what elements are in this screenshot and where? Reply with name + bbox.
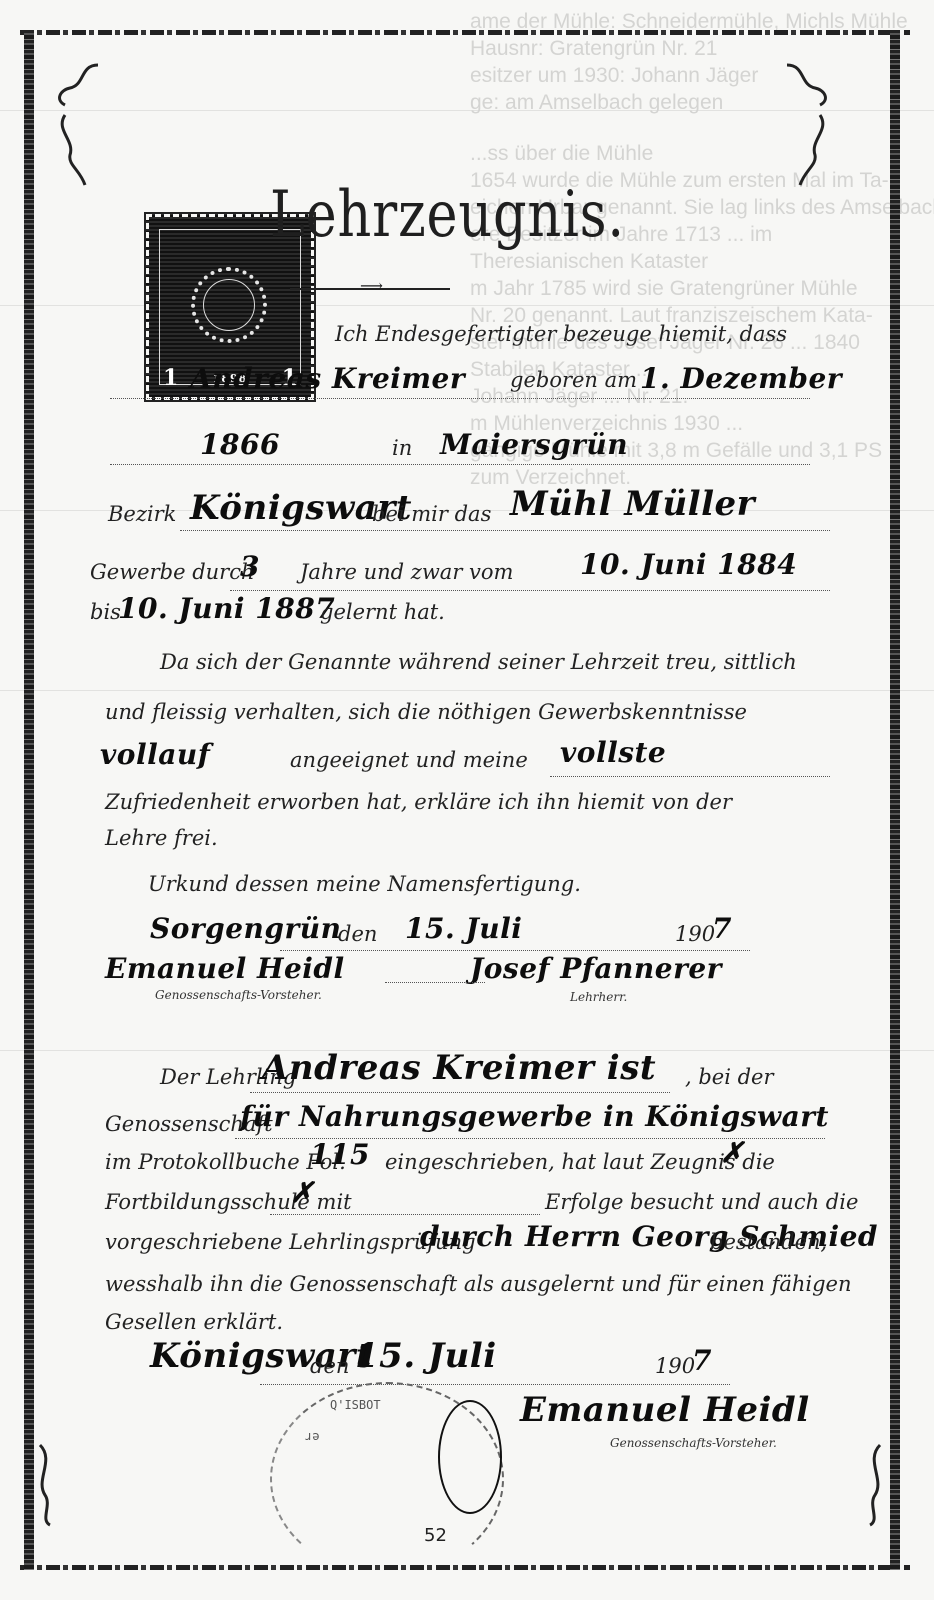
signature-clause: Urkund dessen meine Namensfertigung. xyxy=(148,872,581,896)
cross-mark-1: ✗ xyxy=(720,1136,744,1169)
in-label: in xyxy=(392,436,412,460)
guild-name: für Nahrungsgewerbe in Königswart xyxy=(240,1100,829,1133)
para2-line5: Lehre frei. xyxy=(105,826,218,850)
page-number: 52 xyxy=(424,1525,447,1546)
corner-flourish-icon xyxy=(840,1440,890,1530)
acquired-label: angeeignet und meine xyxy=(290,748,528,772)
knowledge-level: vollauf xyxy=(100,738,210,771)
fill-line xyxy=(180,530,830,531)
apprentice-name-2: Andreas Kreimer ist xyxy=(262,1048,656,1088)
bleed-line: m Jahr 1785 wird sie Gratengrüner Mühle xyxy=(470,275,858,302)
end-date: 10. Juni 1887 xyxy=(118,592,335,625)
bleed-line: ge: am Amselbach gelegen xyxy=(470,89,723,116)
year-prefix-2: 190 xyxy=(655,1354,695,1378)
para2-line1: Da sich der Genannte während seiner Lehr… xyxy=(160,650,797,674)
frame-left xyxy=(24,30,34,1570)
intro-text: Ich Endesgefertigter bezeuge hiemit, das… xyxy=(335,322,787,346)
fill-line xyxy=(260,1384,730,1385)
folio-number: 115 xyxy=(310,1138,370,1171)
years-label: Jahre und zwar vom xyxy=(300,560,513,584)
birth-year: 1866 xyxy=(200,428,280,461)
with-me-label: bei mir das xyxy=(372,502,491,526)
page-title: Lehrzeugnis. xyxy=(270,178,625,252)
birthplace: Maiersgrün xyxy=(440,428,628,461)
fill-line xyxy=(110,398,810,399)
fill-line xyxy=(250,1092,670,1093)
bleed-line: esitzer um 1930: Johann Jäger xyxy=(470,62,758,89)
cross-mark-2: ✗ xyxy=(290,1176,314,1209)
seal-text-fragment: Q'ISBOT xyxy=(330,1398,381,1412)
seal-text-fragment: er xyxy=(305,1430,319,1444)
fill-line xyxy=(230,590,830,591)
trade: Mühl Müller xyxy=(510,484,755,524)
year-suffix-1: 7 xyxy=(712,912,732,945)
date-1: 15. Juli xyxy=(405,912,522,945)
declared-line: Gesellen erklärt. xyxy=(105,1310,283,1334)
therefore-line: wesshalb ihn die Genossenschaft als ausg… xyxy=(105,1272,852,1296)
birth-date: 1. Dezember xyxy=(640,362,842,395)
corner-flourish-icon xyxy=(50,60,110,190)
corner-flourish-icon xyxy=(775,60,835,190)
born-label: geboren am xyxy=(510,368,637,392)
signature-2: Josef Pfannerer xyxy=(470,952,722,985)
stamp-seal-icon xyxy=(191,267,267,343)
signature-2-role: Lehrherr. xyxy=(570,990,627,1004)
signature-1-role: Genossenschafts-Vorsteher. xyxy=(155,988,322,1002)
date-2: 15. Juli xyxy=(355,1336,497,1376)
year-prefix-1: 190 xyxy=(675,922,715,946)
years-count: 3 xyxy=(240,550,260,583)
learned-label: gelernt hat. xyxy=(320,600,445,624)
bleed-line: Theresianischen Kataster xyxy=(470,248,708,275)
apprentice-name: Andreas Kreimer xyxy=(190,362,465,395)
signature-3-role: Genossenschafts-Vorsteher. xyxy=(610,1436,777,1450)
bleed-line: ...ss über die Mühle xyxy=(470,140,653,167)
fill-line xyxy=(280,950,750,951)
at-label: , bei der xyxy=(685,1065,774,1089)
success-label: Erfolge besucht und auch die xyxy=(545,1190,858,1214)
frame-top xyxy=(20,30,910,35)
satisfaction-level: vollste xyxy=(560,736,666,769)
stamp-value-left: 1 xyxy=(163,365,178,391)
registered-label: eingeschrieben, hat laut Zeugnis die xyxy=(385,1150,775,1174)
bleed-line: Hausnr: Gratengrün Nr. 21 xyxy=(470,35,717,62)
den-label-1: den xyxy=(338,922,377,946)
faint-rule xyxy=(0,690,934,691)
fill-line xyxy=(550,776,830,777)
fill-line xyxy=(110,464,810,465)
until-label: bis xyxy=(90,600,121,624)
trade-label: Gewerbe durch xyxy=(90,560,254,584)
fill-line xyxy=(270,1214,540,1215)
school-label: Fortbildungsschule mit xyxy=(105,1190,352,1214)
signature-flourish xyxy=(438,1400,502,1514)
para2-line4: Zufriedenheit erworben hat, erkläre ich … xyxy=(105,790,732,814)
para2-line2: und fleissig verhalten, sich die nöthige… xyxy=(105,700,747,724)
frame-bottom xyxy=(20,1565,910,1570)
den-label-2: den xyxy=(310,1354,349,1378)
signature-1: Emanuel Heidl xyxy=(105,952,345,985)
frame-right xyxy=(890,30,900,1570)
start-date: 10. Juni 1884 xyxy=(580,548,797,581)
signature-3: Emanuel Heidl xyxy=(520,1390,810,1430)
title-divider xyxy=(290,288,450,290)
place-1: Sorgengrün xyxy=(150,912,341,945)
fill-line xyxy=(385,982,485,983)
passed-label: bestanden, xyxy=(710,1230,827,1254)
year-suffix-2: 7 xyxy=(692,1344,712,1377)
district-label: Bezirk xyxy=(108,502,176,526)
corner-flourish-icon xyxy=(30,1440,80,1530)
